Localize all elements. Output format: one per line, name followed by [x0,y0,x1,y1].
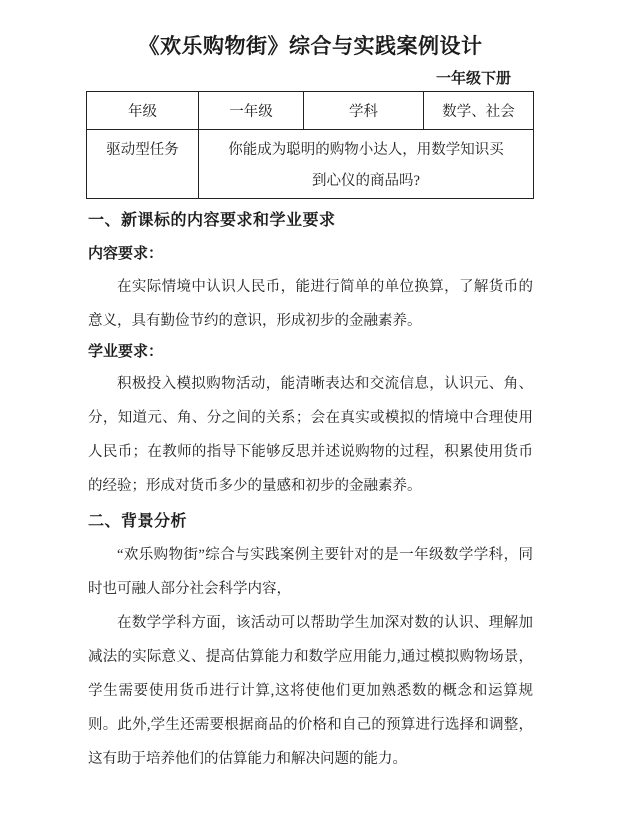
background-paragraph-1: “欢乐购物街”综合与实践案例主要针对的是一年级数学学科，同时也可融人部分社会科学… [88,538,533,606]
background-paragraph-2: 在数学学科方面，该活动可以帮助学生加深对数的认识、理解加减法的实际意义、提高估算… [88,606,533,776]
academic-requirements-paragraph: 积极投入模拟购物活动，能清晰表达和交流信息，认识元、角、分，知道元、角、分之间的… [88,367,533,503]
section-1-heading: 一、新课标的内容要求和学业要求 [88,209,533,232]
content-requirements-paragraph: 在实际情境中认识人民币，能进行简单的单位换算，了解货币的意义，具有勤俭节约的意识… [88,270,533,338]
subject-value-cell: 数学、社会 [424,92,534,130]
info-table-header-row: 年级 一年级 学科 数学、社会 [87,92,534,130]
grade-label-cell: 年级 [87,92,199,130]
section-2-heading: 二、背景分析 [88,510,533,533]
subject-label-cell: 学科 [304,92,424,130]
grade-value-cell: 一年级 [199,92,304,130]
task-label-cell: 驱动型任务 [87,130,199,199]
document-page: 《欢乐购物街》综合与实践案例设计 一年级下册 年级 一年级 学科 数学、社会 驱… [0,0,619,829]
content-requirements-subheading: 内容要求： [88,244,533,265]
academic-requirements-subheading: 学业要求： [88,342,533,363]
task-value-cell: 你能成为聪明的购物小达人，用数学知识买到心仪的商品吗? [199,130,534,199]
document-title: 《欢乐购物街》综合与实践案例设计 [88,30,533,62]
document-subtitle: 一年级下册 [88,69,533,90]
info-table: 年级 一年级 学科 数学、社会 驱动型任务 你能成为聪明的购物小达人，用数学知识… [86,91,534,199]
info-table-task-row: 驱动型任务 你能成为聪明的购物小达人，用数学知识买到心仪的商品吗? [87,130,534,199]
